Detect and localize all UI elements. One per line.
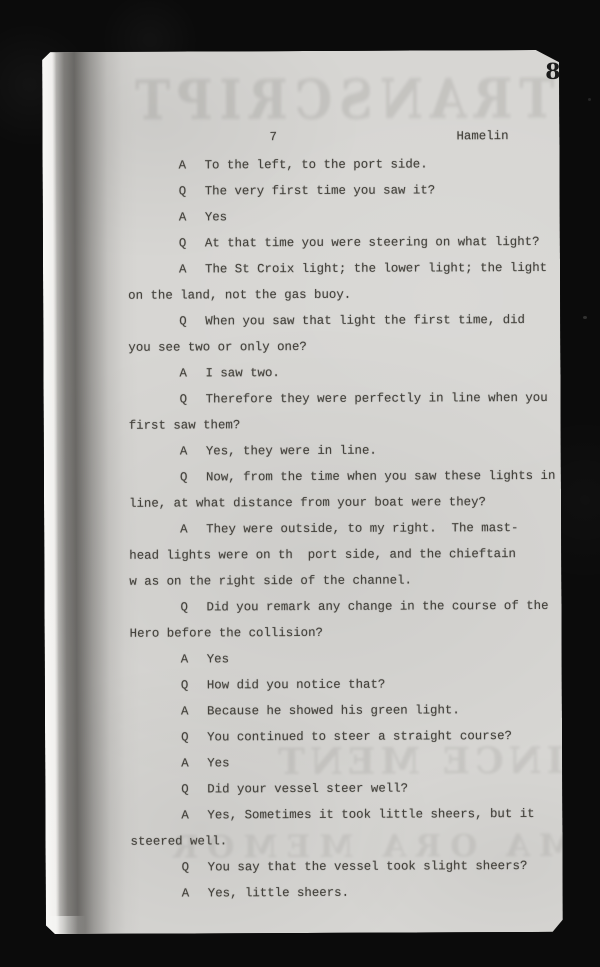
line-text: w as on the right side of the channel. [129, 574, 412, 589]
qa-continuation-line: steered well. [130, 827, 575, 855]
line-text: The very first time you saw it? [205, 183, 436, 198]
speaker-label: A [129, 438, 206, 464]
qa-line: AThe St Croix light; the lower light; th… [128, 255, 573, 283]
speaker-label: Q [129, 464, 206, 490]
qa-continuation-line: you see two or only one? [128, 333, 573, 361]
line-text: They were outside, to my right. The mast… [206, 521, 518, 536]
line-text: You continued to steer a straight course… [207, 729, 512, 744]
speaker-label: Q [130, 724, 207, 750]
qa-line: AYes [130, 749, 575, 777]
speaker-label: A [128, 152, 205, 178]
line-text: line, at what distance from your boat we… [129, 495, 486, 511]
qa-continuation-line: on the land, not the gas buoy. [128, 281, 573, 309]
speaker-label: A [128, 360, 205, 386]
microfilm-frame: TRANSCRIPT INCE MENT MA ORA MEMOR 8 7 Ha… [0, 0, 600, 967]
line-text: Yes, they were in line. [206, 444, 377, 459]
line-text: To the left, to the port side. [205, 157, 428, 172]
line-text: first saw them? [129, 418, 241, 432]
qa-continuation-line: line, at what distance from your boat we… [129, 489, 574, 517]
speaker-label: A [130, 750, 207, 776]
line-text: Did your vessel steer well? [207, 782, 408, 797]
line-text: I saw two. [205, 366, 279, 380]
qa-line: ATo the left, to the port side. [128, 151, 573, 179]
line-text: you see two or only one? [128, 340, 307, 355]
bleedthrough-text-top: TRANSCRIPT [128, 68, 554, 133]
qa-line: QTherefore they were perfectly in line w… [129, 385, 574, 413]
speaker-label: Q [130, 672, 207, 698]
line-text: Therefore they were perfectly in line wh… [206, 391, 548, 406]
witness-name: Hamelin [456, 129, 508, 143]
qa-line: QNow, from the time when you saw these l… [129, 463, 574, 491]
line-text: Yes, Sometimes it took little sheers, bu… [207, 807, 534, 822]
qa-line: ABecause he showed his green light. [130, 697, 575, 725]
qa-line: QWhen you saw that light the first time,… [128, 307, 573, 335]
qa-line: QAt that time you were steering on what … [128, 229, 573, 257]
film-speck [583, 316, 587, 319]
line-text: When you saw that light the first time, … [205, 313, 525, 328]
line-text: Did you remark any change in the course … [206, 599, 548, 614]
page-corner-curl [46, 916, 90, 934]
page-number: 7 [269, 130, 276, 144]
qa-line: QDid you remark any change in the course… [129, 593, 574, 621]
qa-line: QYou continued to steer a straight cours… [130, 723, 575, 751]
line-text: steered well. [130, 834, 227, 848]
film-speck [588, 98, 591, 101]
speaker-label: A [128, 204, 205, 230]
speaker-label: Q [131, 854, 208, 880]
transcript-body: ATo the left, to the port side.QThe very… [128, 151, 576, 907]
speaker-label: Q [130, 776, 207, 802]
line-text: Hero before the collision? [130, 626, 323, 641]
qa-line: AThey were outside, to my right. The mas… [129, 515, 574, 543]
speaker-label: A [130, 646, 207, 672]
speaker-label: A [130, 802, 207, 828]
scanned-page: TRANSCRIPT INCE MENT MA ORA MEMOR 8 7 Ha… [42, 50, 563, 934]
line-text: Yes [207, 756, 229, 770]
line-text: Yes [205, 210, 227, 224]
speaker-label: Q [129, 594, 206, 620]
qa-line: QThe very first time you saw it? [128, 177, 573, 205]
line-text: How did you notice that? [207, 678, 386, 693]
speaker-label: A [131, 880, 208, 906]
speaker-label: Q [129, 386, 206, 412]
qa-continuation-line: first saw them? [129, 411, 574, 439]
line-text: on the land, not the gas buoy. [128, 288, 351, 303]
speaker-label: Q [128, 230, 205, 256]
speaker-label: A [130, 698, 207, 724]
speaker-label: A [129, 516, 206, 542]
qa-line: AYes, little sheers. [131, 879, 576, 907]
line-text: Yes [207, 652, 229, 666]
qa-line: QDid your vessel steer well? [130, 775, 575, 803]
qa-line: QYou say that the vessel took slight she… [131, 853, 576, 881]
speaker-label: Q [128, 308, 205, 334]
line-text: The St Croix light; the lower light; the… [205, 261, 547, 276]
speaker-label: Q [128, 178, 205, 204]
line-text: Yes, little sheers. [208, 886, 349, 901]
qa-line: AYes, Sometimes it took little sheers, b… [130, 801, 575, 829]
qa-line: AYes [128, 203, 573, 231]
qa-continuation-line: w as on the right side of the channel. [129, 567, 574, 595]
folio-number: 8 [545, 59, 560, 85]
qa-line: QHow did you notice that? [130, 671, 575, 699]
qa-continuation-line: head lights were on th port side, and th… [129, 541, 574, 569]
line-text: At that time you were steering on what l… [205, 235, 540, 250]
qa-continuation-line: Hero before the collision? [130, 619, 575, 647]
qa-line: AI saw two. [128, 359, 573, 387]
line-text: head lights were on th port side, and th… [129, 547, 516, 563]
line-text: Because he showed his green light. [207, 703, 460, 718]
speaker-label: A [128, 256, 205, 282]
line-text: You say that the vessel took slight shee… [208, 859, 528, 874]
qa-line: AYes, they were in line. [129, 437, 574, 465]
qa-line: AYes [130, 645, 575, 673]
line-text: Now, from the time when you saw these li… [206, 469, 556, 485]
